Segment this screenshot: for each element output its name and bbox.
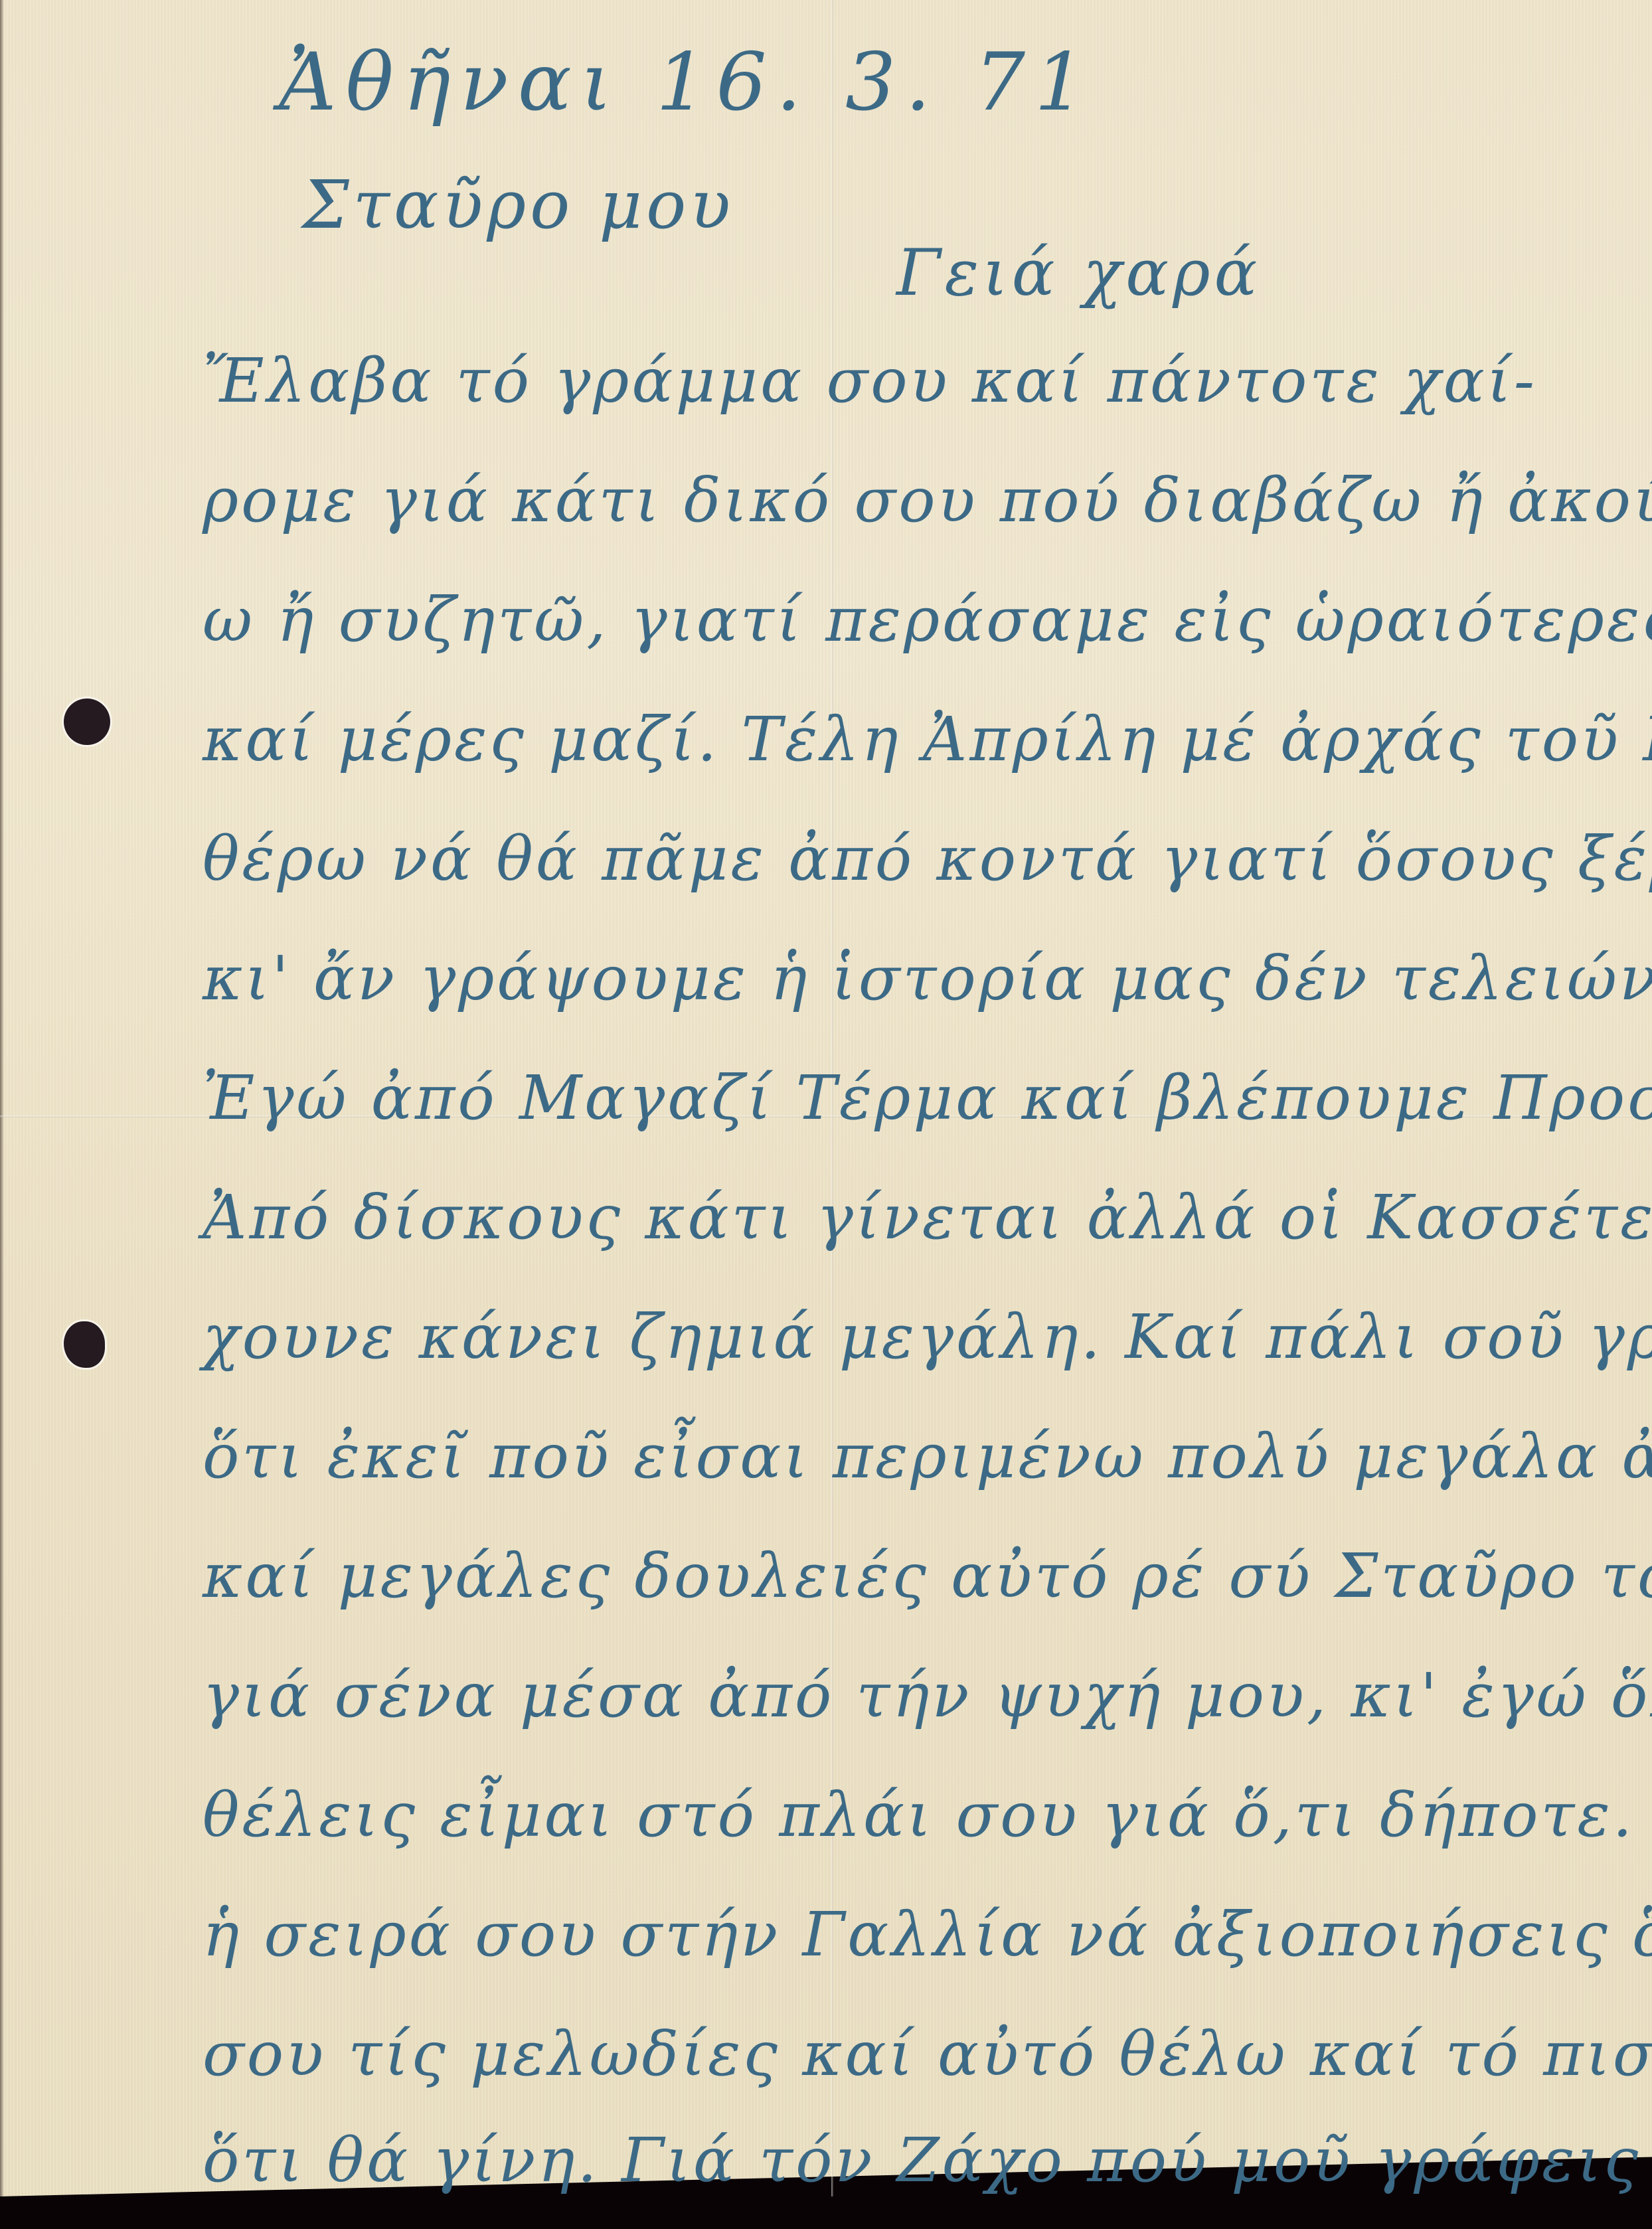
salutation: Σταῦρο μου xyxy=(302,166,734,244)
punch-hole-top xyxy=(64,699,110,745)
body-line: θέλεις εἶμαι στό πλάι σου γιά ὅ,τι δήποτ… xyxy=(203,1779,1643,1851)
punch-hole-bottom xyxy=(64,1321,105,1368)
body-line: Ἐγώ ἀπό Μαγαζί Τέρμα καί βλέπουμε Προσεχ… xyxy=(203,1062,1643,1133)
body-line: ὅτι θά γίνη. Γιά τόν Ζάχο πού μοῦ γράφει… xyxy=(203,2125,1643,2196)
body-line: ἡ σειρά σου στήν Γαλλία νά ἀξιοποιήσεις … xyxy=(203,1899,1643,1970)
body-line: ὅτι ἐκεῖ ποῦ εἶσαι περιμένω πολύ μεγάλα … xyxy=(203,1421,1643,1492)
greeting: Γειά χαρά xyxy=(896,236,1261,310)
paper-edge-shadow xyxy=(0,0,4,2196)
body-line: καί μέρες μαζί. Τέλη Ἀπρίλη μέ ἀρχάς τοῦ… xyxy=(203,704,1643,775)
body-line: σου τίς μελωδίες καί αὐτό θέλω καί τό πι… xyxy=(203,2019,1643,2090)
body-line: γιά σένα μέσα ἀπό τήν ψυχή μου, κι' ἐγώ … xyxy=(203,1660,1643,1731)
body-line: κι' ἄν γράψουμε ἡ ἱστορία μας δέν τελειώ… xyxy=(203,943,1643,1014)
body-line: ω ἤ συζητῶ, γιατί περάσαμε εἰς ὡραιότερε… xyxy=(203,584,1643,655)
body-line: θέρω νά θά πᾶμε ἀπό κοντά γιατί ὅσους ξέ… xyxy=(203,823,1643,894)
body-line: ρομε γιά κάτι δικό σου πού διαβάζω ἤ ἀκο… xyxy=(203,465,1643,536)
body-line: χουνε κάνει ζημιά μεγάλη. Καί πάλι σοῦ γ… xyxy=(203,1301,1643,1372)
body-line: Ἀπό δίσκους κάτι γίνεται ἀλλά οἱ Κασσέτε… xyxy=(203,1182,1643,1253)
place-date: Ἀθῆναι 16. 3. 71 xyxy=(279,37,1094,129)
body-line: Ἔλαβα τό γράμμα σου καί πάντοτε χαί- xyxy=(203,345,1643,416)
body-line: καί μεγάλες δουλειές αὐτό ρέ σύ Σταῦρο τ… xyxy=(203,1540,1643,1611)
